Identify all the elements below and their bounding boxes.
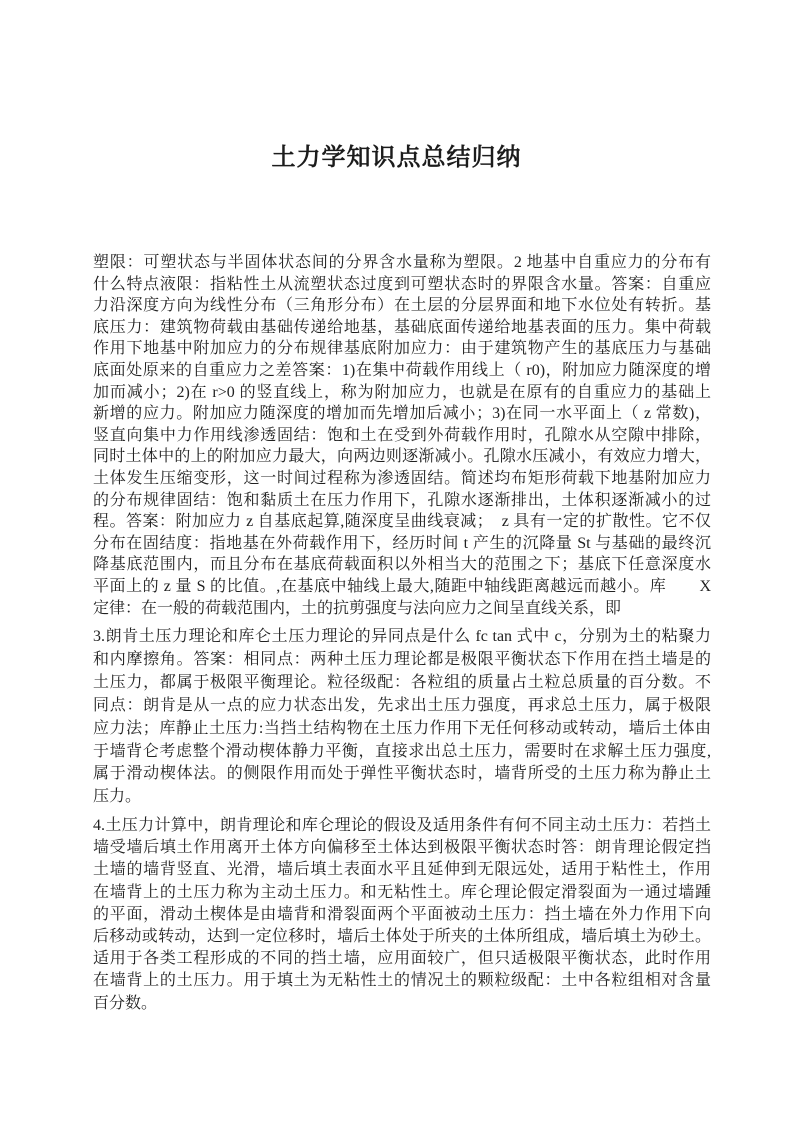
text-line: 什么特点液限：指粘性土从流塑状态过度到可塑状态时的界限含水量。答案：自重应 (93, 274, 711, 296)
text-line: 的分布规律固结：饱和黏质土在压力作用下，孔隙水逐渐排出，土体积逐渐减小的过 (93, 490, 711, 512)
paragraph: 塑限：可塑状态与半固体状态间的分界含水量称为塑限。2 地基中自重应力的分布有什么… (93, 252, 711, 619)
text-line: 墙受墙后填土作用离开土体方向偏移至土体达到极限平衡状态时答：朗肯理论假定挡 (93, 837, 711, 859)
text-line: 竖直向集中力作用线渗透固结：饱和土在受到外荷载作用时，孔隙水从空隙中排除， (93, 425, 711, 447)
document-page: 土力学知识点总结归纳 塑限：可塑状态与半固体状态间的分界含水量称为塑限。2 地基… (0, 0, 793, 1122)
text-line: 同点：朗肯是从一点的应力状态出发，先求出土压力强度，再求总土压力，属于极限 (93, 695, 711, 718)
text-line: 作用下地基中附加应力的分布规律基底附加应力：由于建筑物产生的基底压力与基础 (93, 338, 711, 360)
text-line: 程。答案：附加应力 z 自基底起算,随深度呈曲线衰减； z 具有一定的扩散性。它… (93, 511, 711, 533)
text-line: 百分数。 (93, 993, 711, 1015)
text-line: 和内摩擦角。答案：相同点：两种土压力理论都是极限平衡状态下作用在挡土墙是的 (93, 649, 711, 672)
text-line: 土压力，都属于极限平衡理论。粒径级配：各粒组的质量占土粒总质量的百分数。不 (93, 672, 711, 695)
text-line: 压力。 (93, 786, 711, 809)
text-line: 加而减小；2)在 r>0 的竖直线上，称为附加应力，也就是在原有的自重应力的基础… (93, 382, 711, 404)
text-line: 在墙背上的土压力称为主动土压力。和无粘性土。库仑理论假定滑裂面为一通过墙踵 (93, 882, 711, 904)
text-line: 塑限：可塑状态与半固体状态间的分界含水量称为塑限。2 地基中自重应力的分布有 (93, 252, 711, 274)
text-line: 在墙背上的土压力。用于填土为无粘性土的情况土的颗粒级配：土中各粒组相对含量 (93, 970, 711, 992)
text-line: 后移动或转动，达到一定位移时，墙后土体处于所夹的土体所组成，墙后填土为砂土。 (93, 926, 711, 948)
text-line: 降基底范围内，而且分布在基底荷载面积以外相当大的范围之下；基底下任意深度水 (93, 554, 711, 576)
text-line: 力沿深度方向为线性分布（三角形分布）在土层的分层界面和地下水位处有转折。基 (93, 295, 711, 317)
text-line: 定律：在一般的荷载范围内，土的抗剪强度与法向应力之间呈直线关系，即 (93, 598, 711, 620)
paragraph: 4.土压力计算中，朗肯理论和库仑理论的假设及适用条件有何不同主动土压力：若挡土墙… (93, 815, 711, 1015)
text-line: 平面上的 z 量 S 的比值。,在基底中轴线上最大,随距中轴线距离越远而越小。库… (93, 576, 711, 598)
text-line: 分布在固结度：指地基在外荷载作用下，经历时间 t 产生的沉降量 St 与基础的最… (93, 533, 711, 555)
text-line: 于墙背仑考虑整个滑动楔体静力平衡，直接求出总土压力，需要时在求解土压力强度, (93, 741, 711, 764)
text-line: 适用于各类工程形成的不同的挡土墙，应用面较广，但只适极限平衡状态，此时作用 (93, 948, 711, 970)
text-line: 底面处原来的自重应力之差答案：1)在集中荷载作用线上（ r0)，附加应力随深度的… (93, 360, 711, 382)
document-body: 塑限：可塑状态与半固体状态间的分界含水量称为塑限。2 地基中自重应力的分布有什么… (93, 0, 711, 1122)
text-line: 3.朗肯土压力理论和库仑土压力理论的异同点是什么 fc tan 式中 c，分别为… (93, 626, 711, 649)
text-line: 同时土体中的上的附加应力最大，向两边则逐渐减小。孔隙水压减小，有效应力增大， (93, 446, 711, 468)
text-line: 属于滑动楔体法。的侧限作用而处于弹性平衡状态时，墙背所受的土压力称为静止土 (93, 763, 711, 786)
text-line: 应力法；库静止土压力:当挡土结构物在土压力作用下无任何移动或转动，墙后土体由 (93, 718, 711, 741)
text-line: 4.土压力计算中，朗肯理论和库仑理论的假设及适用条件有何不同主动土压力：若挡土 (93, 815, 711, 837)
text-line: 的平面，滑动土楔体是由墙背和滑裂面两个平面被动土压力：挡土墙在外力作用下向 (93, 904, 711, 926)
text-line: 新增的应力。附加应力随深度的增加而先增加后减小；3)在同一水平面上（ z 常数)… (93, 403, 711, 425)
text-line: 土墙的墙背竖直、光滑，墙后填土表面水平且延伸到无限远处，适用于粘性土，作用 (93, 859, 711, 881)
text-line: 土体发生压缩变形，这一时间过程称为渗透固结。简述均布矩形荷载下地基附加应力 (93, 468, 711, 490)
paragraph: 3.朗肯土压力理论和库仑土压力理论的异同点是什么 fc tan 式中 c，分别为… (93, 626, 711, 809)
text-line: 底压力：建筑物荷载由基础传递给地基，基础底面传递给地基表面的压力。集中荷载 (93, 317, 711, 339)
